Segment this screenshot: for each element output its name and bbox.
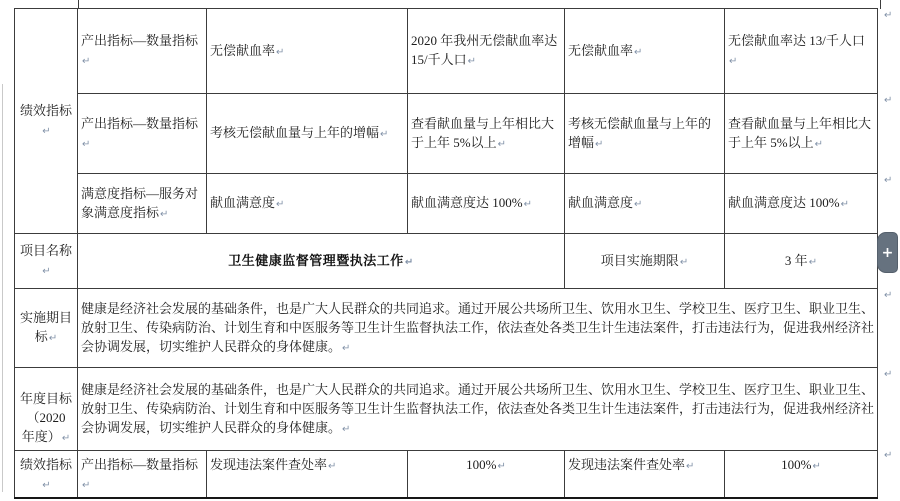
paragraph-mark: ↵ bbox=[82, 56, 90, 67]
paragraph-mark: ↵ bbox=[634, 47, 642, 58]
paragraph-mark: ↵ bbox=[815, 139, 823, 150]
paragraph-mark: ↵ bbox=[342, 343, 350, 354]
cell-text: 2020 年我州无偿献血率达 15/千人口 bbox=[411, 33, 557, 67]
row-end-mark: ↵ bbox=[884, 290, 892, 301]
impl-target-cell[interactable]: 查看献血量与上年相比大于上年 5%以上↵ bbox=[408, 94, 565, 174]
row-end-mark: ↵ bbox=[884, 175, 892, 186]
paragraph-mark: ↵ bbox=[498, 139, 506, 150]
paragraph-mark: ↵ bbox=[328, 461, 336, 472]
cell-text: 无偿献血率 bbox=[568, 43, 633, 58]
cell-text: 项目名称 bbox=[20, 243, 72, 258]
impl-goal-label-cell[interactable]: 实施期目标↵ bbox=[15, 289, 78, 368]
cell-text: 考核无偿献血量与上年的增幅 bbox=[210, 125, 379, 140]
annual-indicator-cell[interactable]: 发现违法案件查处率↵ bbox=[565, 451, 725, 499]
table-row: 实施期目标↵ 健康是经济社会发展的基础条件，也是广大人民群众的共同追求。通过开展… bbox=[15, 289, 878, 368]
row-end-mark: ↵ bbox=[884, 369, 892, 380]
paragraph-mark: ↵ bbox=[380, 129, 388, 140]
indicator-category-cell[interactable]: 产出指标—数量指标↵ bbox=[78, 451, 207, 499]
cell-text: 100% bbox=[781, 457, 811, 472]
project-period-value-cell[interactable]: 3 年↵ bbox=[725, 234, 878, 289]
paragraph-mark: ↵ bbox=[42, 266, 50, 277]
cell-text: 考核无偿献血量与上年的增幅 bbox=[568, 116, 711, 150]
paragraph-mark: ↵ bbox=[812, 461, 820, 472]
paragraph-mark: ↵ bbox=[405, 257, 414, 268]
indicator-category-cell[interactable]: 满意度指标—服务对象满意度指标↵ bbox=[78, 174, 207, 234]
impl-goal-text-cell[interactable]: 健康是经济社会发展的基础条件，也是广大人民群众的共同追求。通过开展公共场所卫生、… bbox=[78, 289, 878, 368]
paragraph-mark: ↵ bbox=[160, 209, 168, 220]
cell-text: 项目实施期限 bbox=[601, 253, 679, 268]
cell-text: 满意度指标—服务对象满意度指标 bbox=[81, 186, 198, 220]
indicator-name-cell[interactable]: 献血满意度↵ bbox=[207, 174, 408, 234]
annual-indicator-cell[interactable]: 献血满意度↵ bbox=[565, 174, 725, 234]
cell-text: 献血满意度 bbox=[568, 195, 633, 210]
paragraph-mark: ↵ bbox=[595, 139, 603, 150]
cell-text: 产出指标—数量指标 bbox=[81, 33, 198, 48]
annual-target-cell[interactable]: 献血满意度达 100%↵ bbox=[725, 174, 878, 234]
paragraph-mark: ↵ bbox=[729, 56, 737, 67]
cell-text: 绩效指标 bbox=[20, 103, 72, 118]
cell-text: 查看献血量与上年相比大于上年 5%以上 bbox=[728, 116, 871, 150]
page-edge-line bbox=[2, 84, 3, 492]
paragraph-mark: ↵ bbox=[82, 480, 90, 491]
document-page: 绩效指标↵ 产出指标—数量指标↵ 无偿献血率↵ 2020 年我州无偿献血率达 1… bbox=[0, 0, 900, 501]
annual-goal-label-cell[interactable]: 年度目标 （2020 年度）↵ bbox=[15, 368, 78, 451]
project-title-text: 卫生健康监督管理暨执法工作 bbox=[228, 253, 404, 268]
table-cut-border-right bbox=[880, 0, 881, 9]
perf-indicator-header-cell[interactable]: 绩效指标↵ bbox=[15, 451, 78, 499]
cell-text: 发现违法案件查处率 bbox=[568, 457, 685, 472]
cell-text: 献血满意度达 100% bbox=[411, 195, 523, 210]
paragraph-mark: ↵ bbox=[49, 333, 57, 344]
paragraph-mark: ↵ bbox=[634, 199, 642, 210]
paragraph-mark: ↵ bbox=[82, 139, 90, 150]
indicator-name-cell[interactable]: 无偿献血率↵ bbox=[207, 9, 408, 94]
cell-text: 产出指标—数量指标 bbox=[81, 457, 198, 472]
annual-value-cell[interactable]: 100%↵ bbox=[725, 451, 878, 499]
goal-paragraph-text: 健康是经济社会发展的基础条件，也是广大人民群众的共同追求。通过开展公共场所卫生、… bbox=[81, 301, 874, 354]
paragraph-mark: ↵ bbox=[680, 257, 688, 268]
cell-text: 无偿献血率达 13/千人口 bbox=[728, 33, 865, 48]
cell-text: 发现违法案件查处率 bbox=[210, 457, 327, 472]
paragraph-mark: ↵ bbox=[497, 461, 505, 472]
impl-target-cell[interactable]: 2020 年我州无偿献血率达 15/千人口↵ bbox=[408, 9, 565, 94]
table-row: 绩效指标↵ 产出指标—数量指标↵ 无偿献血率↵ 2020 年我州无偿献血率达 1… bbox=[15, 9, 878, 94]
goal-paragraph-text: 健康是经济社会发展的基础条件，也是广大人民群众的共同追求。通过开展公共场所卫生、… bbox=[81, 382, 874, 435]
indicator-category-cell[interactable]: 产出指标—数量指标↵ bbox=[78, 94, 207, 174]
cell-text: 实施期目标 bbox=[20, 310, 72, 344]
side-expand-handle[interactable]: + bbox=[877, 232, 898, 273]
paragraph-mark: ↵ bbox=[686, 461, 694, 472]
paragraph-mark: ↵ bbox=[42, 480, 50, 491]
indicator-name-cell[interactable]: 发现违法案件查处率↵ bbox=[207, 451, 408, 499]
table-row: 产出指标—数量指标↵ 考核无偿献血量与上年的增幅↵ 查看献血量与上年相比大于上年… bbox=[15, 94, 878, 174]
table-row: 项目名称↵ 卫生健康监督管理暨执法工作↵ 项目实施期限↵ 3 年↵ bbox=[15, 234, 878, 289]
cell-text: 100% bbox=[466, 457, 496, 472]
project-period-label-cell[interactable]: 项目实施期限↵ bbox=[565, 234, 725, 289]
paragraph-mark: ↵ bbox=[468, 56, 476, 67]
cell-text: 献血满意度达 100% bbox=[728, 195, 840, 210]
paragraph-mark: ↵ bbox=[276, 47, 284, 58]
indicator-name-cell[interactable]: 考核无偿献血量与上年的增幅↵ bbox=[207, 94, 408, 174]
cell-text: 产出指标—数量指标 bbox=[81, 116, 198, 131]
table-row: 满意度指标—服务对象满意度指标↵ 献血满意度↵ 献血满意度达 100%↵ 献血满… bbox=[15, 174, 878, 234]
perf-indicator-header-cell[interactable]: 绩效指标↵ bbox=[15, 9, 78, 234]
row-end-mark: ↵ bbox=[884, 95, 892, 106]
cell-text: 献血满意度 bbox=[210, 195, 275, 210]
project-performance-table: 绩效指标↵ 产出指标—数量指标↵ 无偿献血率↵ 2020 年我州无偿献血率达 1… bbox=[14, 8, 878, 499]
project-name-value-cell[interactable]: 卫生健康监督管理暨执法工作↵ bbox=[78, 234, 565, 289]
indicator-category-cell[interactable]: 产出指标—数量指标↵ bbox=[78, 9, 207, 94]
row-end-mark: ↵ bbox=[884, 450, 892, 461]
paragraph-mark: ↵ bbox=[276, 199, 284, 210]
impl-target-cell[interactable]: 献血满意度达 100%↵ bbox=[408, 174, 565, 234]
plus-icon: + bbox=[882, 246, 894, 260]
paragraph-mark: ↵ bbox=[62, 433, 70, 444]
cell-text: 查看献血量与上年相比大于上年 5%以上 bbox=[411, 116, 554, 150]
cell-text: 无偿献血率 bbox=[210, 43, 275, 58]
annual-indicator-cell[interactable]: 无偿献血率↵ bbox=[565, 9, 725, 94]
cell-text: 3 年 bbox=[785, 253, 808, 268]
annual-target-cell[interactable]: 查看献血量与上年相比大于上年 5%以上↵ bbox=[725, 94, 878, 174]
project-name-label-cell[interactable]: 项目名称↵ bbox=[15, 234, 78, 289]
annual-target-cell[interactable]: 无偿献血率达 13/千人口↵ bbox=[725, 9, 878, 94]
paragraph-mark: ↵ bbox=[841, 199, 849, 210]
impl-value-cell[interactable]: 100%↵ bbox=[408, 451, 565, 499]
paragraph-mark: ↵ bbox=[42, 126, 50, 137]
table-row: 绩效指标↵ 产出指标—数量指标↵ 发现违法案件查处率↵ 100%↵ 发现违法案件… bbox=[15, 451, 878, 499]
paragraph-mark: ↵ bbox=[342, 424, 350, 435]
annual-indicator-cell[interactable]: 考核无偿献血量与上年的增幅↵ bbox=[565, 94, 725, 174]
row-end-mark: ↵ bbox=[884, 10, 892, 21]
cell-text: 绩效指标 bbox=[20, 457, 72, 472]
paragraph-mark: ↵ bbox=[524, 199, 532, 210]
paragraph-mark: ↵ bbox=[809, 257, 817, 268]
annual-goal-text-cell[interactable]: 健康是经济社会发展的基础条件，也是广大人民群众的共同追求。通过开展公共场所卫生、… bbox=[78, 368, 878, 451]
table-row: 年度目标 （2020 年度）↵ 健康是经济社会发展的基础条件，也是广大人民群众的… bbox=[15, 368, 878, 451]
